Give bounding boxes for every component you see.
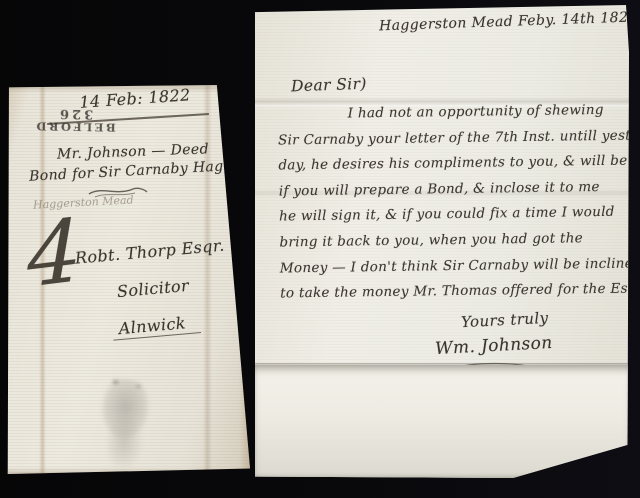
browned-edge — [239, 85, 251, 474]
letter-salutation: Dear Sir) — [291, 75, 367, 96]
letter-body-line: to take the money Mr. Thomas offered for… — [280, 281, 632, 312]
letter-signature: Wm. Johnson — [435, 333, 554, 359]
letter-sheet: Haggerston Mead Feby. 14th 1822 Dear Sir… — [255, 5, 629, 478]
belford-mileage-stamp: BELFORD 326 — [23, 105, 127, 134]
photo-backdrop: 14 Feb: 1822 BELFORD 326 Mr. Johnson — D… — [0, 0, 640, 498]
letter-body: I had not an opportunity of shewing Sir … — [278, 102, 633, 312]
recipient-address: Robt. Thorp Esqr. Solicitor Alnwick — [64, 226, 241, 351]
seal-stain — [92, 377, 156, 475]
address-wrapper-sheet: 14 Feb: 1822 BELFORD 326 Mr. Johnson — D… — [7, 85, 251, 474]
letter-closing: Yours truly — [461, 309, 549, 332]
letter-dateline: Haggerston Mead Feby. 14th 1822 — [379, 10, 627, 35]
folded-blank-flap — [255, 365, 629, 478]
stamp-town: BELFORD — [23, 119, 127, 134]
